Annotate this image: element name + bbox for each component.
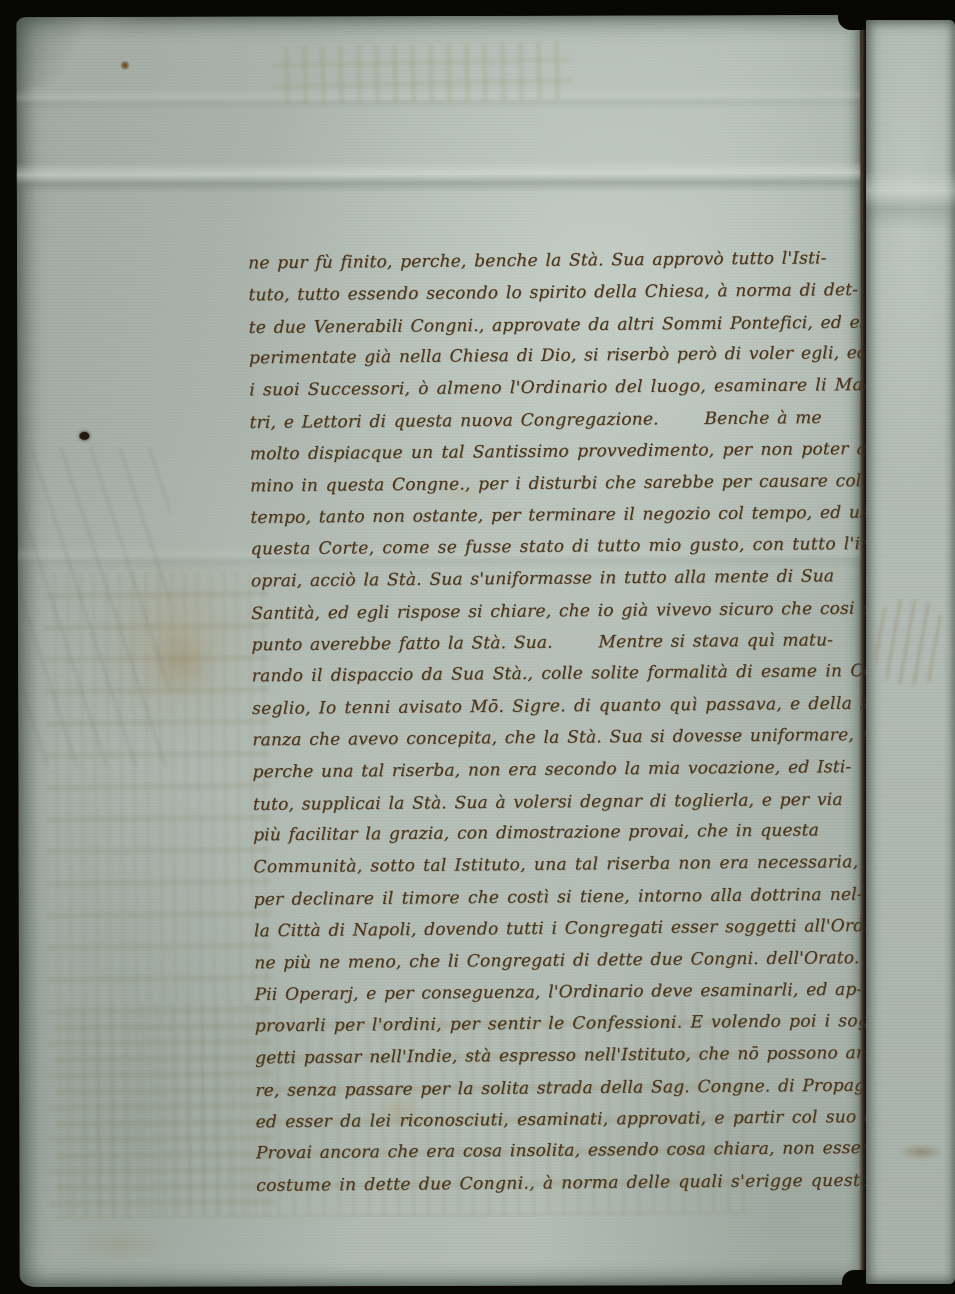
manuscript-line: seglio, Io tenni avisato Mō. Sigre. di q…	[252, 689, 868, 726]
manuscript-line: i suoi Successori, ò almeno l'Ordinario …	[249, 370, 865, 407]
manuscript-line: perche una tal riserba, non era secondo …	[252, 752, 868, 789]
manuscript-line: oprai, acciò la Stà. Sua s'uniformasse i…	[251, 561, 867, 598]
worm-hole	[79, 432, 89, 440]
manuscript-line: rando il dispaccio da Sua Stà., colle so…	[252, 656, 868, 693]
manuscript-line: più facilitar la grazia, con dimostrazio…	[253, 815, 869, 852]
manuscript-line: mino in questa Congne., per i disturbi c…	[250, 466, 866, 503]
paper-stain	[59, 1222, 179, 1267]
manuscript-line: re, senza passare per la solita strada d…	[255, 1070, 871, 1107]
manuscript-line: per declinare il timore che costì si tie…	[254, 880, 870, 917]
ink-bleedthrough	[874, 600, 946, 685]
paper-crease	[866, 170, 955, 230]
adjacent-page-edge	[866, 20, 955, 1284]
letter-page: ne pur fù finito, perche, benche la Stà.…	[16, 15, 863, 1287]
manuscript-line: tempo, tanto non ostante, per terminare …	[250, 498, 866, 535]
ink-bleedthrough	[271, 41, 572, 105]
ink-fleck	[120, 61, 129, 70]
folded-corner-shadow	[16, 17, 166, 87]
manuscript-line: provarli per l'ordini, per sentir le Con…	[255, 1006, 871, 1043]
manuscript-line: la Città di Napoli, dovendo tutti i Cong…	[254, 911, 870, 948]
paper-stain	[134, 615, 229, 710]
manuscript-line: questa Corte, come se fusse stato di tut…	[250, 529, 866, 566]
manuscript-line: tuto, tutto essendo secondo lo spirito d…	[248, 275, 864, 312]
paper-crease	[17, 161, 861, 197]
manuscript-line: Communità, sotto tal Istituto, una tal r…	[253, 847, 869, 884]
paper-stain	[892, 1142, 950, 1162]
manuscript-line: getti passar nell'Indie, stà espresso ne…	[255, 1038, 871, 1075]
manuscript-line: molto dispiacque un tal Santissimo provv…	[250, 434, 866, 471]
manuscript-line: punto averebbe fatto la Stà. Sua. Mentre…	[251, 625, 867, 662]
manuscript-line: ne pur fù finito, perche, benche la Stà.…	[248, 243, 864, 280]
manuscript-line: ne più ne meno, che li Congregati di det…	[254, 943, 870, 980]
manuscript-line: Provai ancora che era cosa insolita, ess…	[256, 1133, 872, 1170]
paper-crease	[17, 87, 861, 111]
manuscript-line: costume in dette due Congni., à norma de…	[256, 1166, 872, 1203]
manuscript-line: ranza che avevo concepita, che la Stà. S…	[252, 720, 868, 757]
manuscript-text-block: ne pur fù finito, perche, benche la Stà.…	[248, 243, 872, 1214]
manuscript-line: te due Venerabili Congni., approvate da …	[249, 307, 865, 344]
